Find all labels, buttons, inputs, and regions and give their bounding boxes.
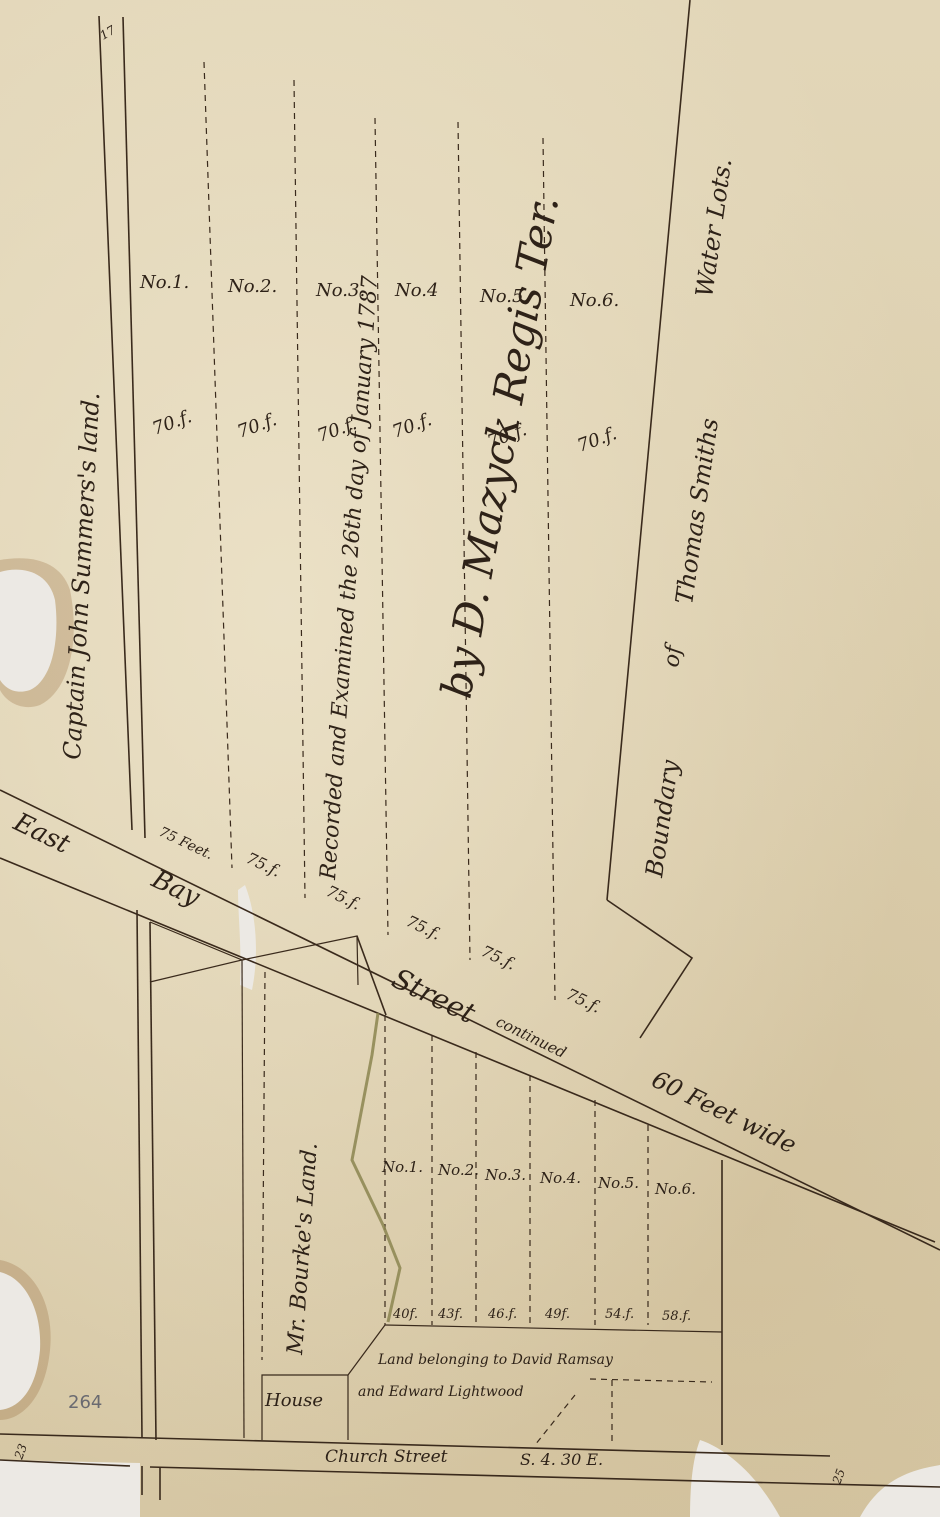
survey-plat: 17 264 23 25 Captain John Summers's land… — [0, 0, 940, 1517]
bourke-land-label: Mr. Bourke's Land. — [283, 1142, 323, 1357]
lower-lot-6-width: 58.f. — [662, 1309, 691, 1324]
boundary-label: Boundary — [640, 758, 684, 880]
paper-tear — [690, 1440, 780, 1517]
upper-lot-1-label: No.1. — [139, 272, 189, 293]
lower-lot-2-width: 43f. — [437, 1307, 463, 1322]
upper-lot-3-label: No.3. — [315, 280, 365, 301]
upper-lot-6-frontage: 75.f. — [563, 984, 604, 1016]
street-label-street: Street — [387, 962, 481, 1031]
upper-lot-2-label: No.2. — [227, 276, 277, 297]
ramsay-land-line2: and Edward Lightwood — [358, 1384, 524, 1400]
house-label: House — [264, 1390, 323, 1411]
certification-recorded: Recorded and Examined the 26th day of Ja… — [316, 275, 383, 882]
upper-lot-6-label: No.6. — [569, 290, 619, 311]
upper-lot-1-depth: 70.f. — [150, 406, 195, 440]
upper-lot-5-label: No.5. — [479, 286, 529, 307]
upper-lot-2-frontage: 75.f. — [243, 848, 284, 880]
plat-drawing: 17 264 23 25 Captain John Summers's land… — [0, 0, 940, 1517]
thomas-smith-label: Thomas Smiths — [670, 417, 724, 606]
upper-lot-2-depth: 70.f. — [235, 409, 280, 443]
lower-lot-2-label: No.2. — [437, 1161, 479, 1179]
upper-lot-1-frontage: 75 Feet. — [156, 824, 215, 863]
church-street-label: Church Street — [325, 1447, 448, 1467]
paper-tear — [238, 885, 256, 990]
lower-lot-5-width: 54.f. — [605, 1307, 634, 1322]
paper-tear — [0, 1460, 140, 1517]
upper-lot-4-depth: 70.f. — [390, 409, 435, 443]
lower-lot-3-width: 46.f. — [487, 1307, 517, 1322]
lower-lot-3-label: No.3. — [484, 1166, 526, 1184]
lower-lot-6-label: No.6. — [654, 1180, 696, 1198]
water-lots-label: Water Lots. — [690, 156, 737, 298]
upper-lot-4-label: No.4 — [394, 280, 438, 301]
church-street-bearing: S. 4. 30 E. — [520, 1450, 603, 1469]
upper-lot-6-depth: 70.f. — [575, 423, 620, 457]
paper-tear — [860, 1465, 940, 1517]
lower-lot-4-label: No.4. — [539, 1169, 581, 1187]
lower-lot-5-label: No.5. — [597, 1174, 639, 1192]
ramsay-land-line1: Land belonging to David Ramsay — [377, 1352, 614, 1368]
street-label-bay: Bay — [146, 864, 205, 913]
summers-land-label: Captain John Summers's land. — [58, 392, 105, 761]
lower-lot-1-width: 40f. — [392, 1307, 418, 1322]
boundary-of-label: of — [659, 640, 687, 668]
pencil-page-number: 264 — [68, 1392, 102, 1413]
corner-mark-23: 23 — [11, 1442, 30, 1462]
street-label-east: East — [8, 807, 75, 860]
upper-lot-5-frontage: 75.f. — [478, 941, 519, 973]
lower-lot-4-width: 49f. — [544, 1307, 570, 1322]
upper-lot-3-frontage: 75.f. — [323, 881, 364, 913]
lower-lots: No.1. No.2. No.3. No.4. No.5. No.6. 40f.… — [381, 1158, 696, 1324]
lower-lot-1-label: No.1. — [381, 1158, 423, 1176]
upper-lot-4-frontage: 75.f. — [403, 911, 444, 943]
